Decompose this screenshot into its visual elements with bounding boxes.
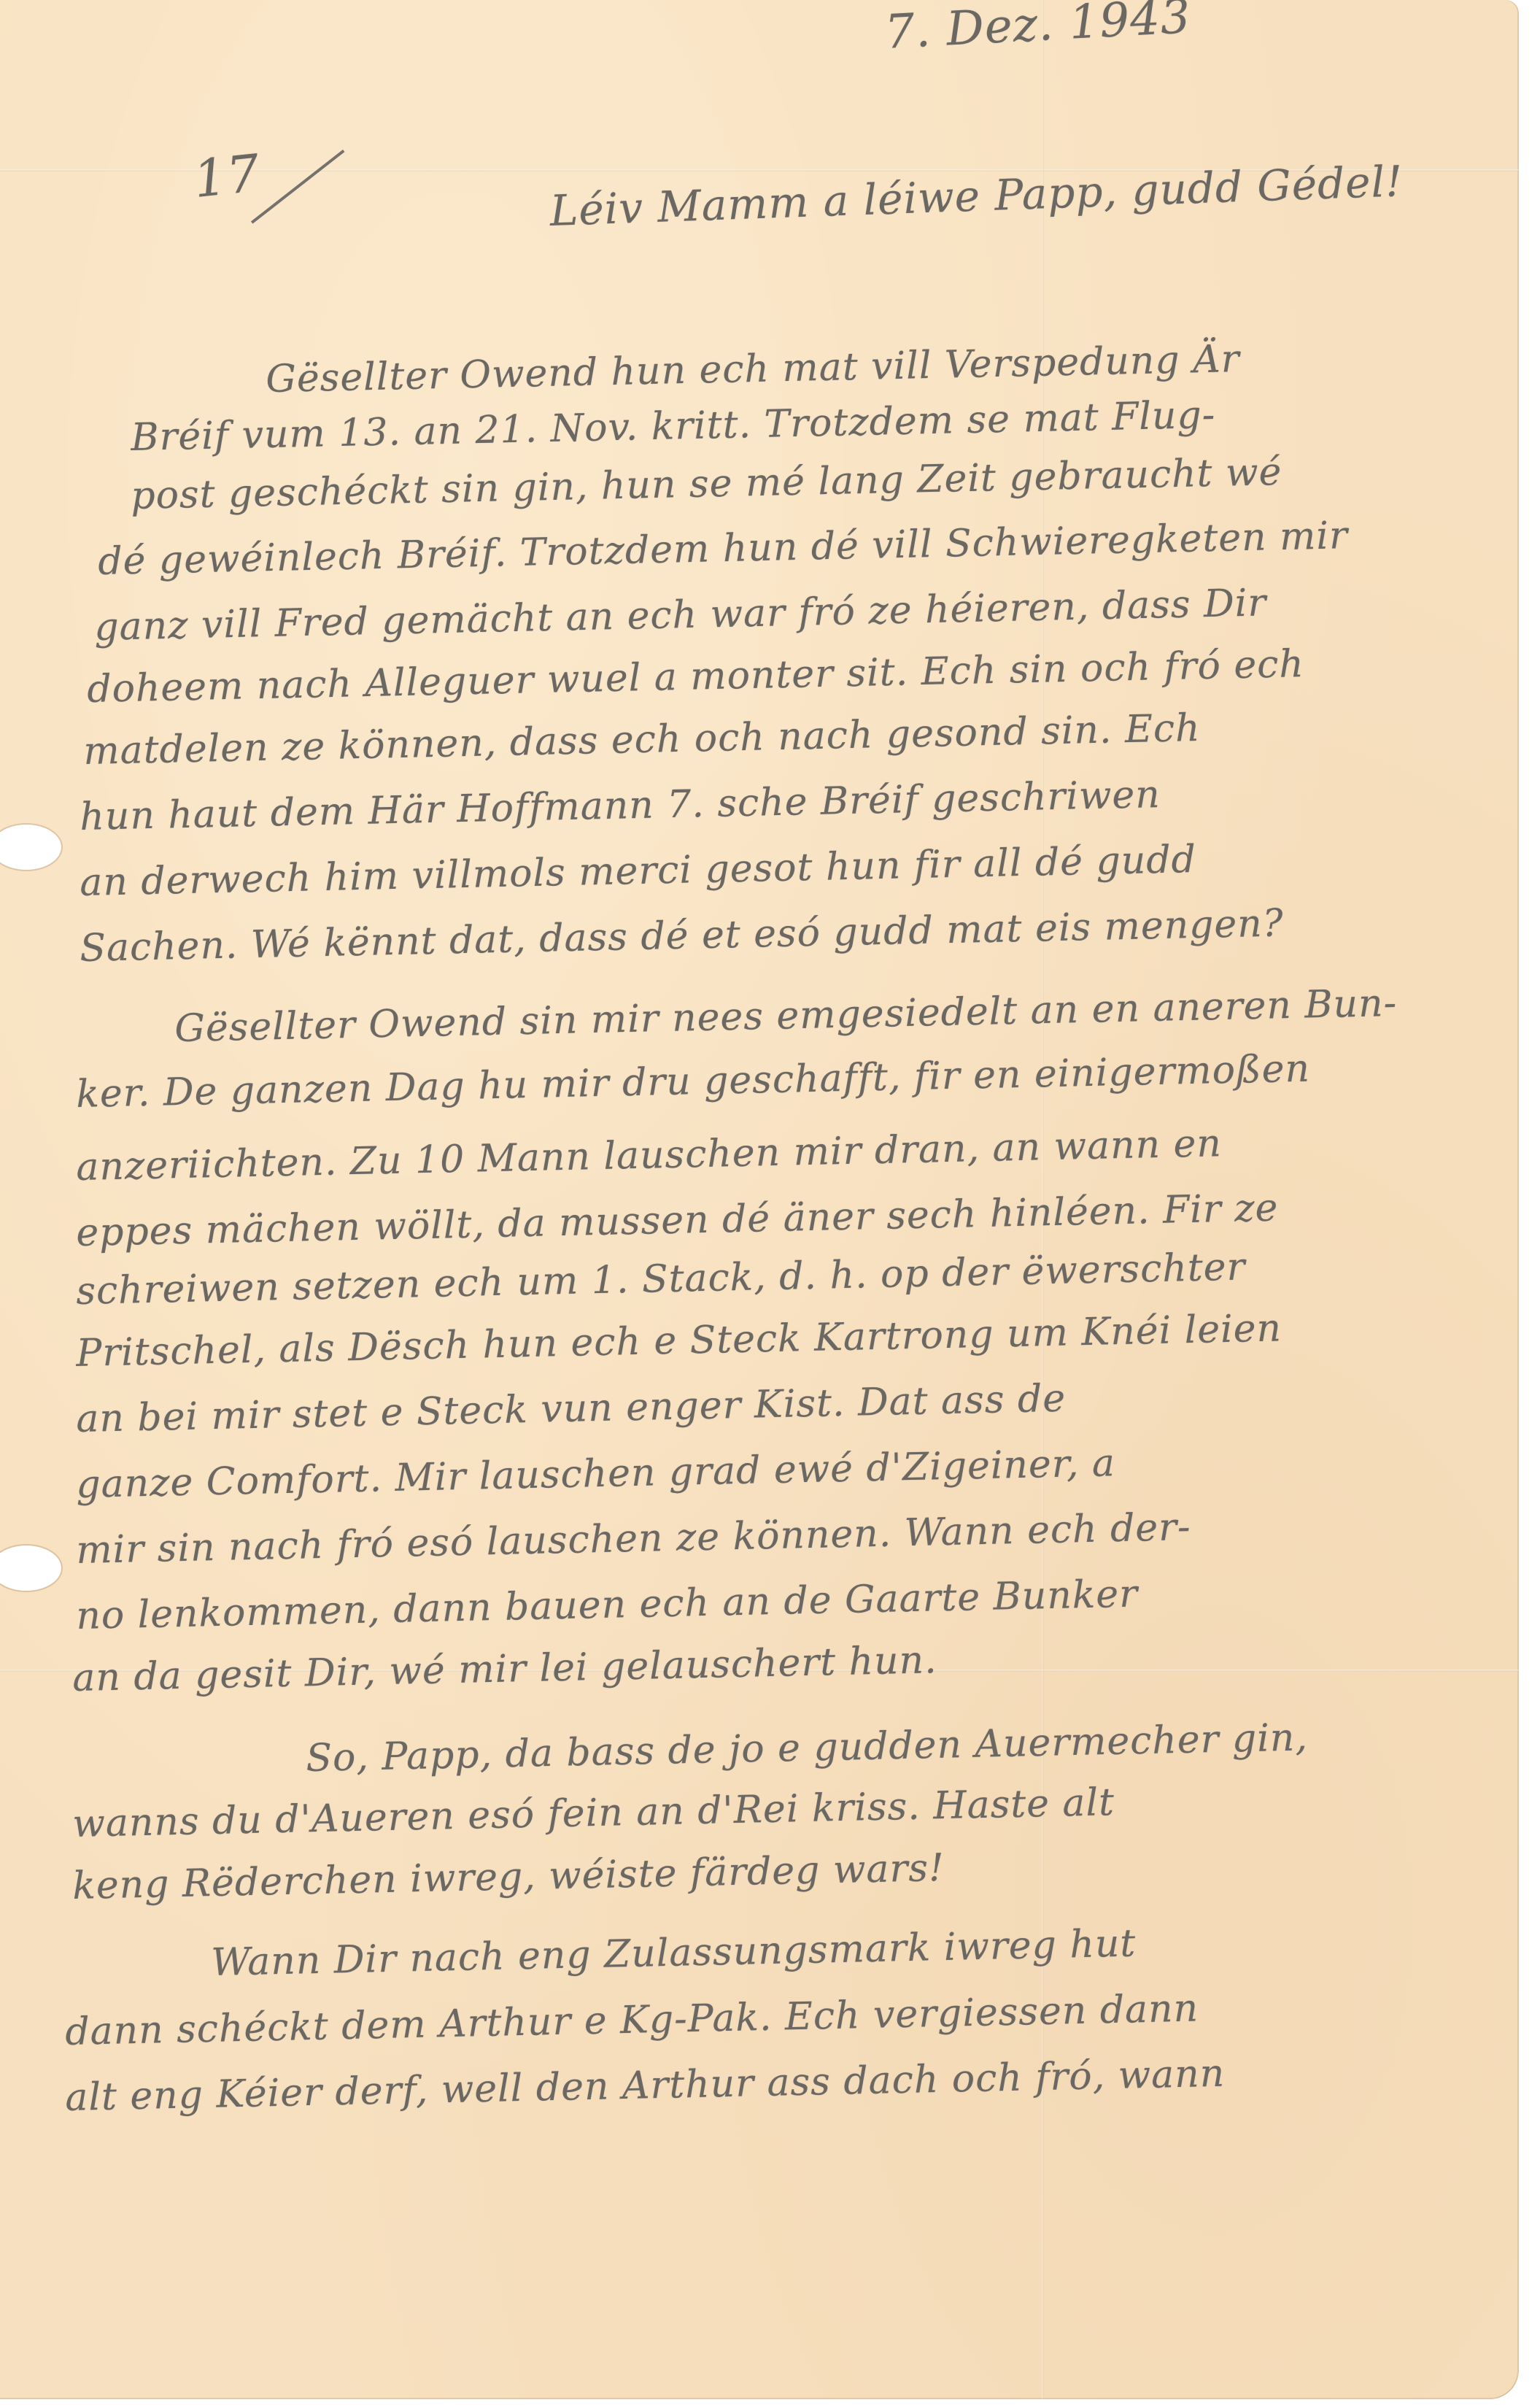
punch-hole bbox=[0, 1545, 61, 1591]
body-line: Wann Dir nach eng Zulassungsmark iwreg h… bbox=[211, 1921, 1137, 1985]
body-line: Gësellter Owend sin mir nees emgesiedelt… bbox=[174, 981, 1398, 1051]
page-number: 17 bbox=[190, 143, 263, 209]
letter-date: 7. Dez. 1943 bbox=[883, 0, 1192, 60]
body-line: matdelen ze können, dass ech och nach ge… bbox=[83, 706, 1201, 773]
body-line: hun haut dem Här Hoffmann 7. sche Bréif … bbox=[80, 773, 1161, 839]
body-line: eppes mächen wöllt, da mussen dé äner se… bbox=[76, 1186, 1279, 1255]
body-line: Sachen. Wé kënnt dat, dass dé et esó gud… bbox=[80, 901, 1284, 970]
body-line: Bréif vum 13. an 21. Nov. kritt. Trotzde… bbox=[131, 393, 1216, 460]
body-line: an bei mir stet e Steck vun enger Kist. … bbox=[76, 1377, 1067, 1441]
body-line: Pritschel, als Dësch hun ech e Steck Kar… bbox=[76, 1306, 1282, 1375]
body-line: an da gesit Dir, wé mir lei gelauschert … bbox=[72, 1638, 937, 1700]
body-line: ganz vill Fred gemächt an ech war fró ze… bbox=[94, 581, 1267, 649]
body-line: dann schéckt dem Arthur e Kg-Pak. Ech ve… bbox=[65, 1986, 1199, 2054]
body-line: anzeriichten. Zu 10 Mann lauschen mir dr… bbox=[76, 1122, 1223, 1189]
body-line: So, Papp, da bass de jo e gudden Auermec… bbox=[306, 1716, 1309, 1780]
body-line: dé gewéinlech Bréif. Trotzdem hun dé vil… bbox=[98, 514, 1349, 584]
body-line: no lenkommen, dann bauen ech an de Gaart… bbox=[76, 1572, 1139, 1638]
body-line: ganze Comfort. Mir lauschen grad ewé d'Z… bbox=[76, 1441, 1116, 1507]
salutation: Léiv Mamm a léiwe Papp, gudd Gédel! bbox=[549, 156, 1404, 236]
body-line: mir sin nach fró esó lauschen ze können.… bbox=[76, 1505, 1191, 1572]
body-line: an derwech him villmols merci gesot hun … bbox=[80, 838, 1197, 905]
body-line: keng Rëderchen iwreg, wéiste färdeg wars… bbox=[72, 1846, 945, 1908]
body-line: schreiwen setzen ech um 1. Stack, d. h. … bbox=[76, 1245, 1246, 1313]
letter-paper: 7. Dez. 1943 17 Léiv Mamm a léiwe Papp, … bbox=[0, 0, 1519, 2399]
body-line: ker. De ganzen Dag hu mir dru geschafft,… bbox=[76, 1047, 1311, 1116]
punch-hole bbox=[0, 825, 61, 870]
body-line: wanns du d'Aueren esó fein an d'Rei kris… bbox=[72, 1780, 1115, 1846]
body-line: Gësellter Owend hun ech mat vill Versped… bbox=[266, 337, 1240, 401]
body-line: doheem nach Alleguer wuel a monter sit. … bbox=[87, 642, 1305, 711]
body-line: alt eng Kéier derf, well den Arthur ass … bbox=[65, 2052, 1226, 2120]
page-number-slash bbox=[251, 150, 345, 224]
body-line: post geschéckt sin gin, hun se mé lang Z… bbox=[131, 450, 1282, 518]
